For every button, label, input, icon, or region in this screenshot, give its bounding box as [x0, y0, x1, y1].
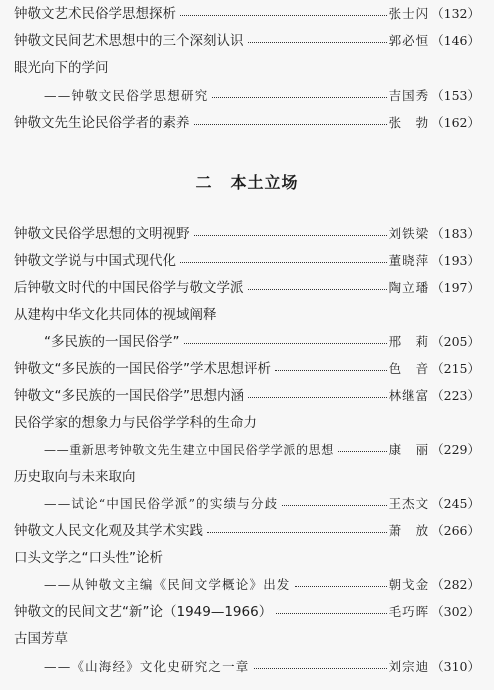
entry-title: 钟敬文“多民族的一国民俗学”思想内涵 — [14, 386, 244, 406]
entry-author: 色 音 — [389, 359, 430, 379]
entry-author: 林继富 — [389, 386, 430, 406]
toc-entry[interactable]: 钟敬文民俗学思想的文明视野 刘铁梁 （183） — [14, 224, 480, 244]
toc-entry[interactable]: 后钟敬文时代的中国民俗学与敬文学派 陶立璠 （197） — [14, 278, 480, 298]
entry-title: 口头文学之“口头性”论析 — [14, 548, 163, 568]
entry-title: 民俗学家的想象力与民俗学学科的生命力 — [14, 413, 257, 433]
entry-page: （229） — [431, 440, 480, 460]
entry-page: （162） — [431, 113, 480, 133]
section-heading: 二本土立场 — [0, 170, 494, 193]
entry-title: 从建构中华文化共同体的视域阐释 — [14, 305, 217, 325]
entry-page: （302） — [431, 602, 480, 622]
entry-title: 钟敬文民间艺术思想中的三个深刻认识 — [14, 31, 244, 51]
toc-entry[interactable]: 钟敬文学说与中国式现代化 董晓萍 （193） — [14, 251, 480, 271]
dot-leader — [180, 4, 387, 24]
entry-author: 陶立璠 — [389, 278, 430, 298]
entry-title: 钟敬文先生论民俗学者的素养 — [14, 113, 190, 133]
toc-entry-subtitle[interactable]: ——钟敬文民俗学思想研究 吉国秀 （153） — [44, 86, 480, 106]
entry-page: （245） — [431, 494, 480, 514]
toc-entry-subtitle[interactable]: ——重新思考钟敬文先生建立中国民俗学学派的思想 康 丽 （229） — [44, 440, 480, 460]
toc-entry-heading[interactable]: 眼光向下的学问 — [14, 58, 480, 78]
entry-title: 钟敬文民俗学思想的文明视野 — [14, 224, 190, 244]
entry-author: 郭必恒 — [389, 31, 430, 51]
entry-author: 邢 莉 — [389, 332, 430, 352]
entry-title: 钟敬文的民间文艺“新”论（1949—1966） — [14, 602, 272, 622]
toc-entry-heading[interactable]: 从建构中华文化共同体的视域阐释 — [14, 305, 480, 325]
dot-leader — [295, 575, 387, 595]
dot-leader — [207, 521, 387, 541]
toc-entry[interactable]: 钟敬文“多民族的一国民俗学”学术思想评析 色 音 （215） — [14, 359, 480, 379]
entry-subtitle: ——钟敬文民俗学思想研究 — [44, 86, 208, 106]
toc-entry[interactable]: 钟敬文“多民族的一国民俗学”思想内涵 林继富 （223） — [14, 386, 480, 406]
entry-subtitle: ——从钟敬文主编《民间文学概论》出发 — [44, 575, 291, 595]
entry-author: 董晓萍 — [389, 251, 430, 271]
entry-author: 康 丽 — [389, 440, 430, 460]
entry-author: 毛巧晖 — [389, 602, 430, 622]
toc-entry[interactable]: 钟敬文民间艺术思想中的三个深刻认识 郭必恒 （146） — [14, 31, 480, 51]
entry-subtitle: ——试论“中国民俗学派”的实绩与分歧 — [44, 494, 278, 514]
entry-author: 萧 放 — [389, 521, 430, 541]
section-title: 本土立场 — [231, 173, 299, 192]
entry-page: （153） — [431, 86, 480, 106]
toc-entry-heading[interactable]: 历史取向与未来取向 — [14, 467, 480, 487]
dot-leader — [276, 602, 386, 622]
toc-entry[interactable]: 钟敬文先生论民俗学者的素养 张 勃 （162） — [14, 113, 480, 133]
entry-page: （146） — [431, 31, 480, 51]
entry-subtitle: “多民族的一国民俗学” — [44, 332, 180, 352]
dot-leader — [180, 251, 387, 271]
entry-title: 古国芳草 — [14, 629, 68, 649]
entry-title: 钟敬文艺术民俗学思想探析 — [14, 4, 176, 24]
entry-author: 吉国秀 — [389, 86, 430, 106]
entry-page: （215） — [431, 359, 480, 379]
dot-leader — [248, 386, 387, 406]
toc-entry[interactable]: 钟敬文的民间文艺“新”论（1949—1966） 毛巧晖 （302） — [14, 602, 480, 622]
toc-entry[interactable]: 钟敬文艺术民俗学思想探析 张士闪 （132） — [14, 4, 480, 24]
entry-page: （183） — [431, 224, 480, 244]
toc-entry-heading[interactable]: 民俗学家的想象力与民俗学学科的生命力 — [14, 413, 480, 433]
dot-leader — [338, 440, 387, 460]
entry-author: 朝戈金 — [389, 575, 430, 595]
entry-page: （197） — [431, 278, 480, 298]
entry-author: 张 勃 — [389, 113, 430, 133]
entry-page: （132） — [431, 4, 480, 24]
dot-leader — [282, 494, 386, 514]
dot-leader — [254, 657, 387, 677]
entry-title: 后钟敬文时代的中国民俗学与敬文学派 — [14, 278, 244, 298]
dot-leader — [212, 86, 386, 106]
dot-leader — [275, 359, 387, 379]
entry-title: 钟敬文人民文化观及其学术实践 — [14, 521, 203, 541]
dot-leader — [194, 113, 387, 133]
entry-page: （310） — [431, 657, 480, 677]
entry-page: （205） — [431, 332, 480, 352]
entry-subtitle: ——《山海经》文化史研究之一章 — [44, 657, 250, 677]
entry-page: （193） — [431, 251, 480, 271]
toc-entry-subtitle[interactable]: ——《山海经》文化史研究之一章 刘宗迪 （310） — [44, 657, 480, 677]
entry-title: 眼光向下的学问 — [14, 58, 109, 78]
toc-entry-heading[interactable]: 古国芳草 — [14, 629, 480, 649]
entry-author: 刘铁梁 — [389, 224, 430, 244]
dot-leader — [184, 332, 387, 352]
toc-entry-subtitle[interactable]: ——试论“中国民俗学派”的实绩与分歧 王杰文 （245） — [44, 494, 480, 514]
dot-leader — [194, 224, 387, 244]
dot-leader — [248, 278, 387, 298]
entry-page: （223） — [431, 386, 480, 406]
entry-title: 钟敬文学说与中国式现代化 — [14, 251, 176, 271]
entry-page: （282） — [431, 575, 480, 595]
toc-entry-subtitle[interactable]: ——从钟敬文主编《民间文学概论》出发 朝戈金 （282） — [44, 575, 480, 595]
entry-author: 王杰文 — [389, 494, 430, 514]
section-number: 二 — [195, 173, 212, 192]
entry-author: 张士闪 — [389, 4, 430, 24]
toc-entry-heading[interactable]: 口头文学之“口头性”论析 — [14, 548, 480, 568]
dot-leader — [248, 31, 387, 51]
toc-entry[interactable]: 钟敬文人民文化观及其学术实践 萧 放 （266） — [14, 521, 480, 541]
entry-title: 钟敬文“多民族的一国民俗学”学术思想评析 — [14, 359, 271, 379]
entry-author: 刘宗迪 — [389, 657, 430, 677]
entry-title: 历史取向与未来取向 — [14, 467, 136, 487]
entry-page: （266） — [431, 521, 480, 541]
entry-subtitle: ——重新思考钟敬文先生建立中国民俗学学派的思想 — [44, 440, 334, 460]
toc-entry-subtitle[interactable]: “多民族的一国民俗学” 邢 莉 （205） — [44, 332, 480, 352]
